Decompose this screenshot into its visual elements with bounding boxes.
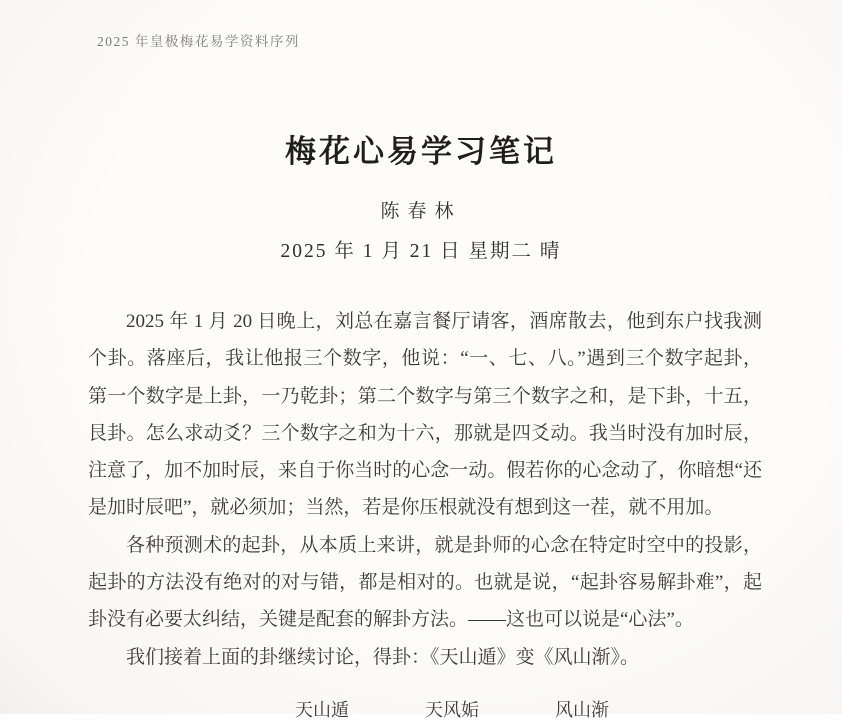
hexagram-name-changed: 风山渐	[555, 700, 609, 714]
hexagram-row: 天山遁 天风姤 风山渐	[295, 700, 609, 714]
date-line: 2025 年 1 月 21 日 星期二 晴	[0, 235, 842, 263]
body-line: 第一个数字是上卦，一乃乾卦；第二个数字与第三个数字之和，是下卦，十五，	[88, 378, 762, 415]
body-line: 卦没有必要太纠结，关键是配套的解卦方法。——这也可以说是“心法”。	[88, 601, 762, 638]
document-page: 2025 年皇极梅花易学资料序列 梅花心易学习笔记 陈春林 2025 年 1 月…	[0, 0, 842, 714]
body-line: 注意了，加不加时辰，来自于你当时的心念一动。假若你的心念动了，你暗想“还	[88, 452, 762, 489]
page-title: 梅花心易学习笔记	[0, 126, 842, 171]
body-line: 起卦的方法没有绝对的对与错，都是相对的。也就是说，“起卦容易解卦难”，起	[88, 564, 762, 601]
author-name: 陈春林	[0, 196, 842, 223]
hexagram-name-mutual: 天风姤	[425, 700, 479, 714]
body-line: 艮卦。怎么求动爻？三个数字之和为十六，那就是四爻动。我当时没有加时辰，	[88, 415, 762, 452]
body-line: 是加时辰吧”，就必须加；当然，若是你压根就没有想到这一茬，就不用加。	[88, 489, 762, 526]
body-line: 2025 年 1 月 20 日晚上，刘总在嘉言餐厅请客，酒席散去，他到东户找我测	[88, 303, 762, 340]
body-line: 个卦。落座后，我让他报三个数字，他说：“一、七、八。”遇到三个数字起卦，	[88, 340, 762, 377]
body-line: 各种预测术的起卦，从本质上来讲，就是卦师的心念在特定时空中的投影，	[88, 527, 762, 564]
body-line: 我们接着上面的卦继续讨论，得卦：《天山遁》变《风山渐》。	[88, 639, 762, 676]
series-header: 2025 年皇极梅花易学资料序列	[97, 30, 300, 50]
hexagram-name-main: 天山遁	[295, 700, 349, 714]
body-text: 2025 年 1 月 20 日晚上，刘总在嘉言餐厅请客，酒席散去，他到东户找我测…	[88, 303, 762, 676]
